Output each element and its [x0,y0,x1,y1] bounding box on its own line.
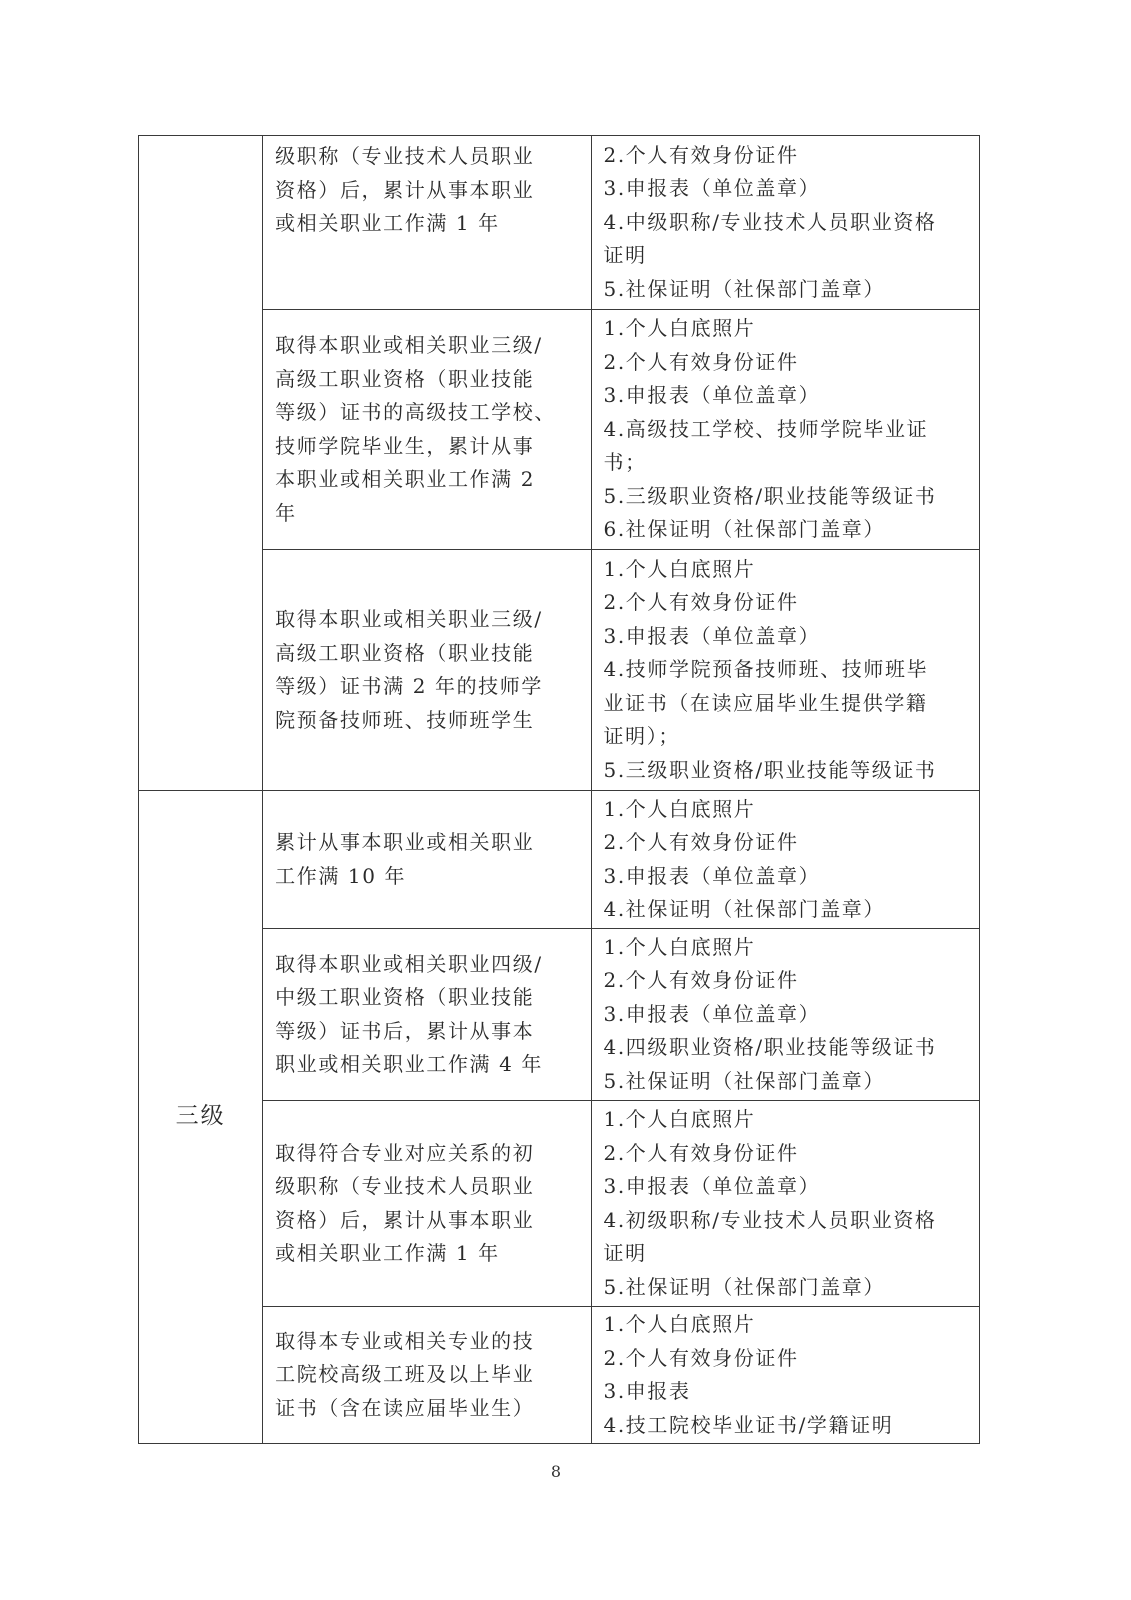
condition-line: 或相关职业工作满 1 年 [275,207,578,241]
material-item: 4.技师学院预备技师班、技师班毕 [604,653,971,687]
condition-line: 工院校高级工班及以上毕业 [275,1358,578,1392]
condition-line: 级职称（专业技术人员职业 [275,140,578,174]
requirements-table: 级职称（专业技术人员职业 资格）后，累计从事本职业 或相关职业工作满 1 年 2… [138,135,980,1444]
material-item: 3.申报表 [604,1375,971,1409]
material-item: 3.申报表（单位盖章） [604,379,971,413]
condition-line: 高级工职业资格（职业技能 [275,637,578,671]
materials-cell: 1.个人白底照片 2.个人有效身份证件 3.申报表（单位盖章） 4.社保证明（社… [591,791,979,929]
material-item: 6.社保证明（社保部门盖章） [604,513,971,547]
materials-cell: 2.个人有效身份证件 3.申报表（单位盖章） 4.中级职称/专业技术人员职业资格… [591,136,979,310]
level-cell: 三级 [139,791,263,1444]
condition-line: 资格）后，累计从事本职业 [275,174,578,208]
condition-cell: 取得本职业或相关职业三级/ 高级工职业资格（职业技能 等级）证书的高级技工学校、… [263,310,591,550]
material-item: 3.申报表（单位盖章） [604,998,971,1032]
condition-line: 等级）证书的高级技工学校、 [275,396,578,430]
material-item: 2.个人有效身份证件 [604,964,971,998]
material-item: 1.个人白底照片 [604,1103,971,1137]
material-item: 证明 [604,1237,971,1271]
condition-line: 取得符合专业对应关系的初 [275,1137,578,1171]
condition-line: 取得本专业或相关专业的技 [275,1325,578,1359]
condition-line: 级职称（专业技术人员职业 [275,1170,578,1204]
condition-line: 院预备技师班、技师班学生 [275,704,578,738]
material-item: 证明 [604,239,971,273]
material-item: 3.申报表（单位盖章） [604,620,971,654]
material-item: 1.个人白底照片 [604,312,971,346]
table-row: 取得符合专业对应关系的初 级职称（专业技术人员职业 资格）后，累计从事本职业 或… [139,1101,980,1307]
material-item: 4.初级职称/专业技术人员职业资格 [604,1204,971,1238]
material-item: 5.社保证明（社保部门盖章） [604,1065,971,1099]
material-item: 1.个人白底照片 [604,553,971,587]
material-item: 2.个人有效身份证件 [604,826,971,860]
material-item: 2.个人有效身份证件 [604,1342,971,1376]
material-item: 1.个人白底照片 [604,931,971,965]
condition-line: 等级）证书满 2 年的技师学 [275,670,578,704]
material-item: 书； [604,446,971,480]
table-row: 取得本职业或相关职业四级/ 中级工职业资格（职业技能 等级）证书后，累计从事本 … [139,929,980,1101]
condition-line: 年 [275,497,578,531]
condition-line: 取得本职业或相关职业三级/ [275,603,578,637]
material-item: 4.中级职称/专业技术人员职业资格 [604,206,971,240]
condition-cell: 级职称（专业技术人员职业 资格）后，累计从事本职业 或相关职业工作满 1 年 [263,136,591,310]
condition-line: 高级工职业资格（职业技能 [275,363,578,397]
material-item: 5.社保证明（社保部门盖章） [604,1271,971,1305]
material-item: 证明）； [604,720,971,754]
page-number: 8 [0,1462,1112,1481]
condition-cell: 取得本职业或相关职业四级/ 中级工职业资格（职业技能 等级）证书后，累计从事本 … [263,929,591,1101]
level-cell-continued [139,136,263,791]
material-item: 3.申报表（单位盖章） [604,172,971,206]
condition-line: 等级）证书后，累计从事本 [275,1015,578,1049]
condition-line: 取得本职业或相关职业四级/ [275,948,578,982]
material-item: 1.个人白底照片 [604,1308,971,1342]
table-row: 取得本职业或相关职业三级/ 高级工职业资格（职业技能 等级）证书的高级技工学校、… [139,310,980,550]
condition-line: 职业或相关职业工作满 4 年 [275,1048,578,1082]
material-item: 4.高级技工学校、技师学院毕业证 [604,413,971,447]
condition-line: 工作满 10 年 [275,860,578,894]
materials-cell: 1.个人白底照片 2.个人有效身份证件 3.申报表（单位盖章） 4.高级技工学校… [591,310,979,550]
material-item: 2.个人有效身份证件 [604,139,971,173]
condition-cell: 取得符合专业对应关系的初 级职称（专业技术人员职业 资格）后，累计从事本职业 或… [263,1101,591,1307]
material-item: 4.技工院校毕业证书/学籍证明 [604,1409,971,1443]
material-item: 4.社保证明（社保部门盖章） [604,893,971,927]
condition-line: 或相关职业工作满 1 年 [275,1237,578,1271]
condition-line: 资格）后，累计从事本职业 [275,1204,578,1238]
condition-line: 技师学院毕业生，累计从事 [275,430,578,464]
material-item: 5.三级职业资格/职业技能等级证书 [604,754,971,788]
material-item: 5.三级职业资格/职业技能等级证书 [604,480,971,514]
condition-line: 累计从事本职业或相关职业 [275,826,578,860]
condition-line: 取得本职业或相关职业三级/ [275,329,578,363]
condition-cell: 取得本职业或相关职业三级/ 高级工职业资格（职业技能 等级）证书满 2 年的技师… [263,550,591,791]
level-label: 三级 [176,1103,226,1129]
material-item: 2.个人有效身份证件 [604,1137,971,1171]
material-item: 2.个人有效身份证件 [604,346,971,380]
condition-line: 中级工职业资格（职业技能 [275,981,578,1015]
condition-line: 证书（含在读应届毕业生） [275,1392,578,1426]
materials-cell: 1.个人白底照片 2.个人有效身份证件 3.申报表（单位盖章） 4.技师学院预备… [591,550,979,791]
condition-cell: 累计从事本职业或相关职业 工作满 10 年 [263,791,591,929]
table-row: 级职称（专业技术人员职业 资格）后，累计从事本职业 或相关职业工作满 1 年 2… [139,136,980,310]
material-item: 3.申报表（单位盖章） [604,860,971,894]
material-item: 4.四级职业资格/职业技能等级证书 [604,1031,971,1065]
table-row: 取得本职业或相关职业三级/ 高级工职业资格（职业技能 等级）证书满 2 年的技师… [139,550,980,791]
material-item: 1.个人白底照片 [604,793,971,827]
condition-line: 本职业或相关职业工作满 2 [275,463,578,497]
material-item: 业证书（在读应届毕业生提供学籍 [604,687,971,721]
material-item: 3.申报表（单位盖章） [604,1170,971,1204]
table-row: 取得本专业或相关专业的技 工院校高级工班及以上毕业 证书（含在读应届毕业生） 1… [139,1307,980,1444]
material-item: 2.个人有效身份证件 [604,586,971,620]
materials-cell: 1.个人白底照片 2.个人有效身份证件 3.申报表（单位盖章） 4.四级职业资格… [591,929,979,1101]
materials-cell: 1.个人白底照片 2.个人有效身份证件 3.申报表（单位盖章） 4.初级职称/专… [591,1101,979,1307]
condition-cell: 取得本专业或相关专业的技 工院校高级工班及以上毕业 证书（含在读应届毕业生） [263,1307,591,1444]
material-item: 5.社保证明（社保部门盖章） [604,273,971,307]
table-row: 三级 累计从事本职业或相关职业 工作满 10 年 1.个人白底照片 2.个人有效… [139,791,980,929]
materials-cell: 1.个人白底照片 2.个人有效身份证件 3.申报表 4.技工院校毕业证书/学籍证… [591,1307,979,1444]
